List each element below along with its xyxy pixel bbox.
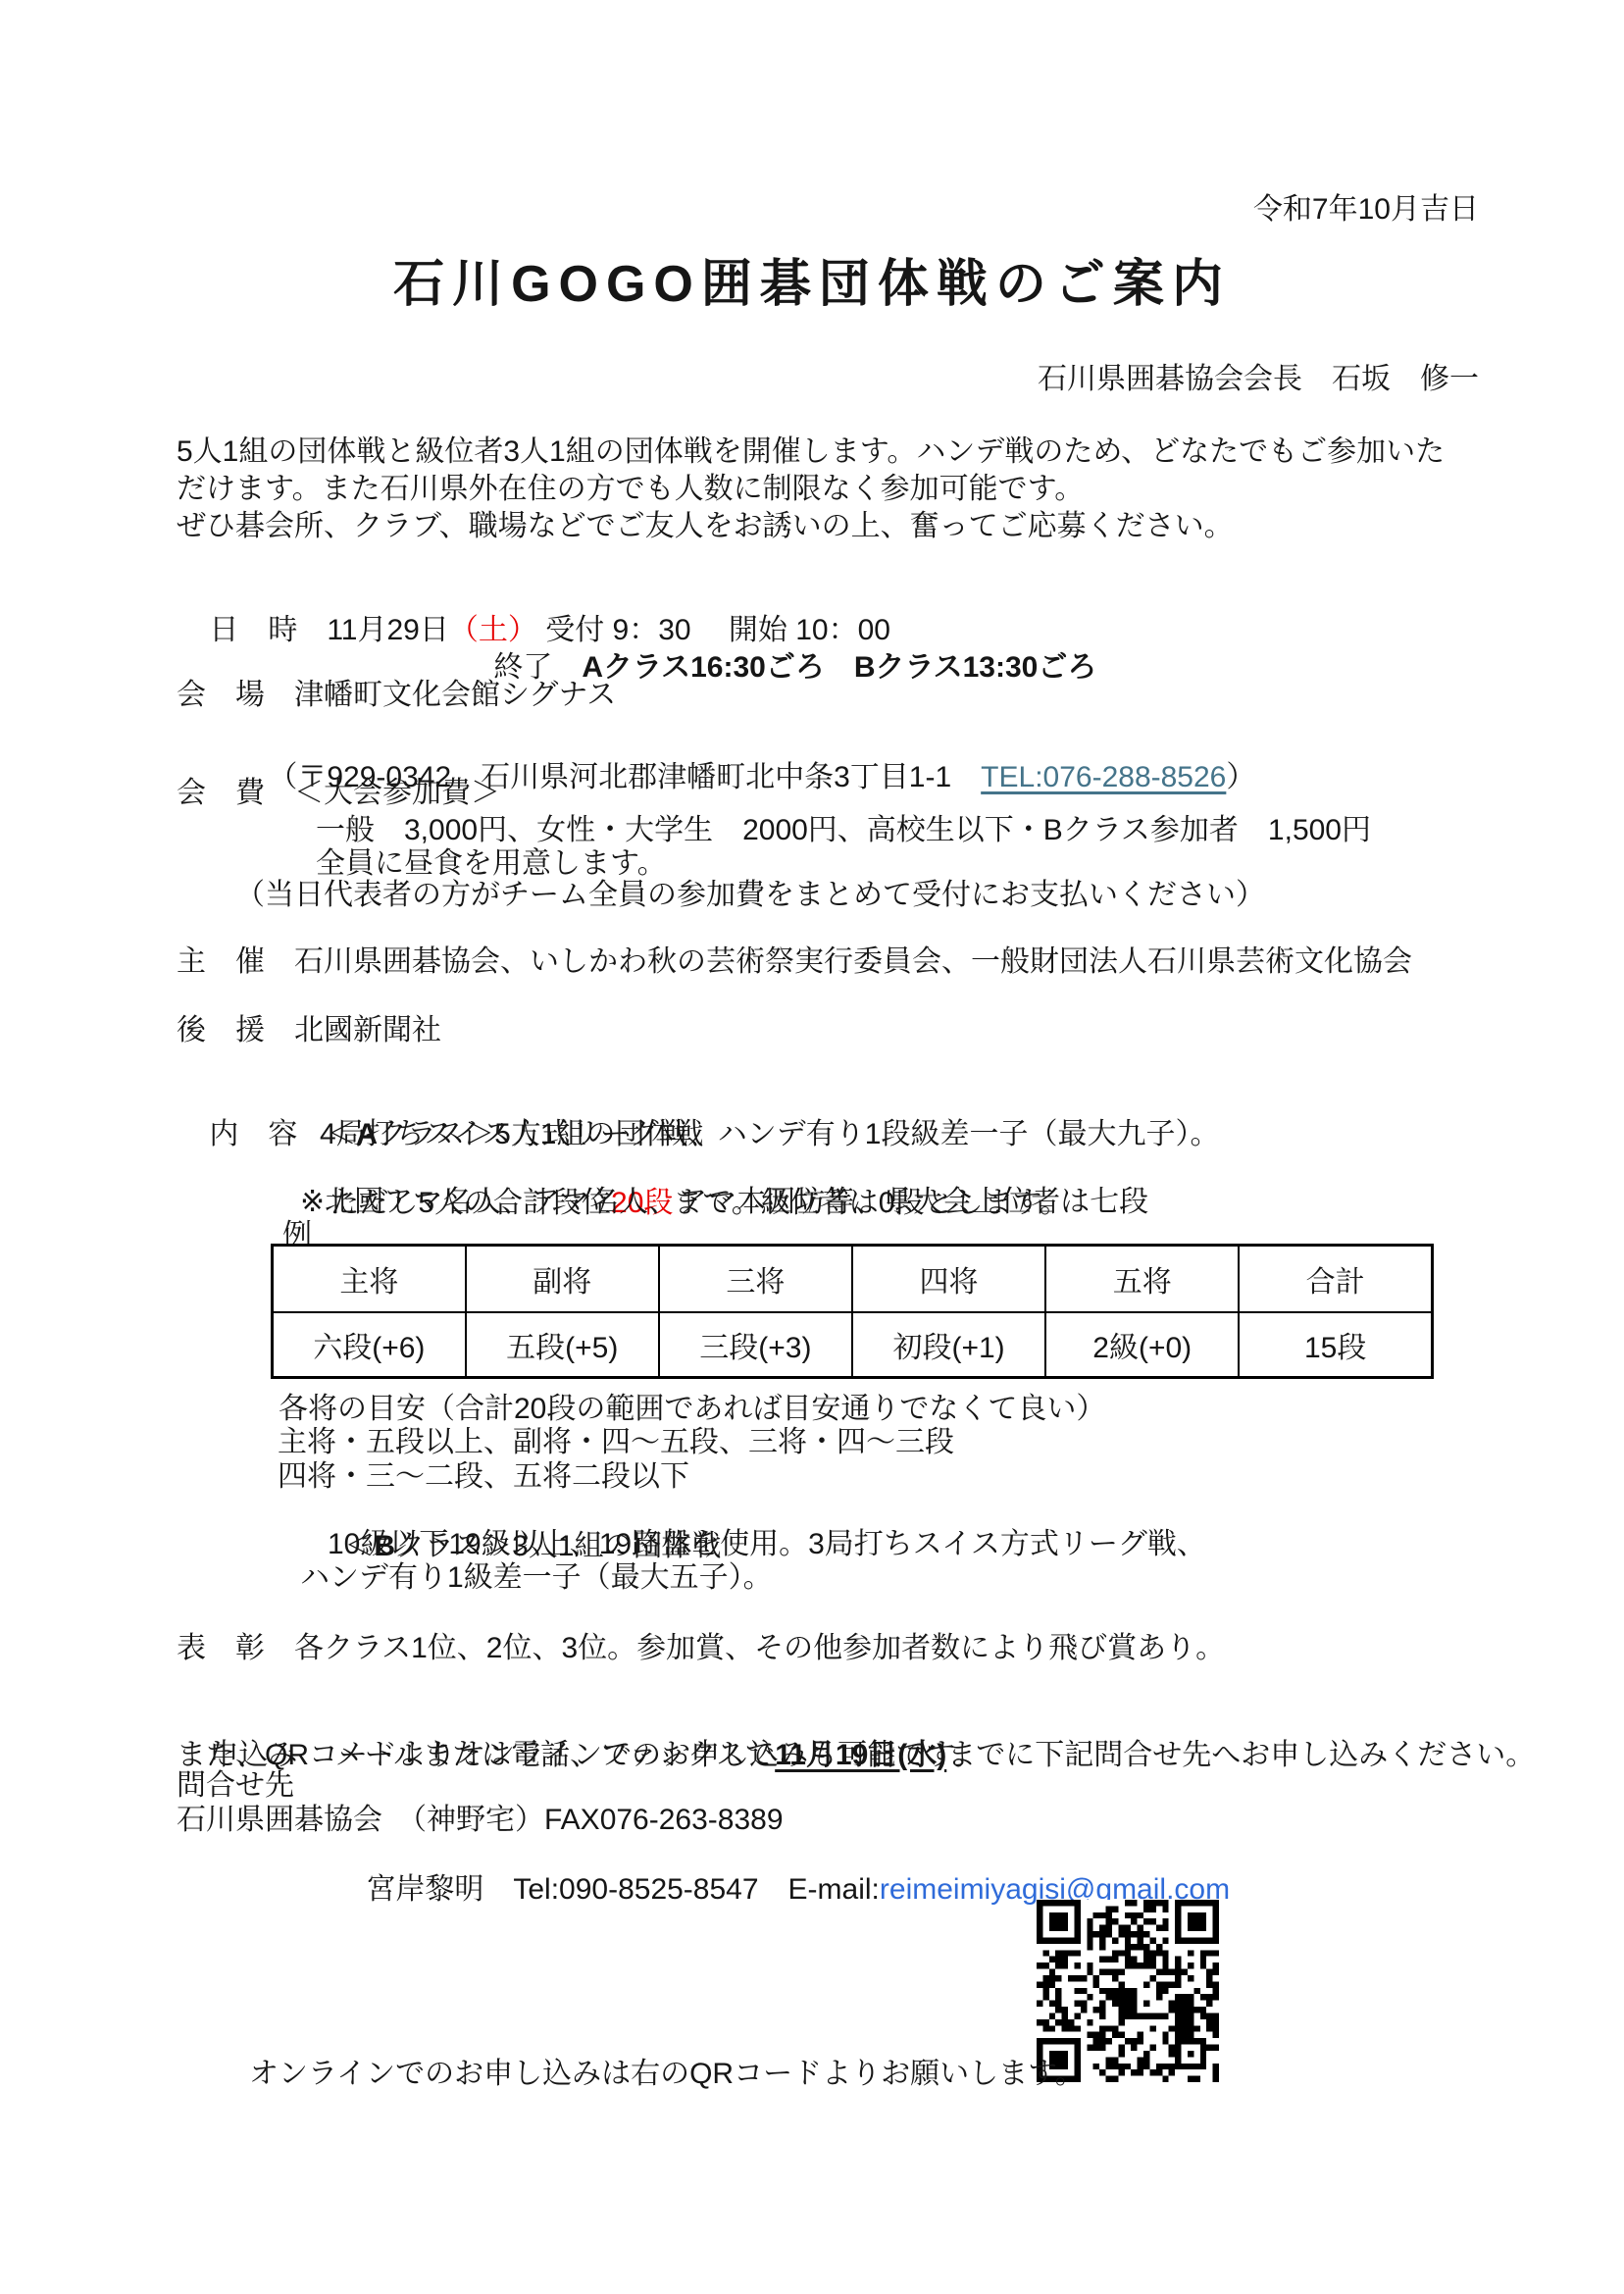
venue-line: 会 場 津幡町文化会館シグナス	[177, 678, 616, 713]
schedule-label-date: 日 時 11月29日	[209, 614, 449, 646]
classA-note-line: ※北國アマ名人、アマ名人、アマ本因坊等、県大会上位者は七段	[300, 1185, 1148, 1220]
table-header-row: 主将 副将 三将 四将 五将 合計	[273, 1246, 1433, 1313]
table-cell: 初段(+1)	[852, 1312, 1045, 1378]
table-data-row: 六段(+6) 五段(+5) 三段(+3) 初段(+1) 2級(+0) 15段	[273, 1312, 1433, 1378]
intro-paragraph: 5人1組の団体戦と級位者3人1組の団体戦を開催します。ハンデ戦のため、どなたでも…	[177, 433, 1445, 545]
table-cell: 五段(+5)	[466, 1312, 659, 1378]
rank-example-table: 主将 副将 三将 四将 五将 合計 六段(+6) 五段(+5) 三段(+3) 初…	[271, 1244, 1434, 1379]
document-page: 令和7年10月吉日 石川GOGO囲碁団体戦のご案内 石川県囲碁協会会長 石坂 修…	[0, 0, 1624, 2294]
classB-handicap-line: ハンデ有り1級差一子（最大五子）。	[300, 1560, 773, 1596]
contact-fax-line: 石川県囲碁協会 （神野宅）FAX076-263-8389	[177, 1803, 784, 1838]
page-title: 石川GOGO囲碁団体戦のご案内	[0, 267, 1624, 302]
table-header-cell: 副将	[466, 1246, 659, 1313]
classA-rule-line: 4局打ちスイス方式リーグ戦、ハンデ有り1段級差一子（最大九子）。	[320, 1117, 1219, 1152]
issue-date: 令和7年10月吉日	[1253, 192, 1479, 228]
tel-link[interactable]: TEL:076-288-8526	[981, 761, 1226, 793]
end-times-bold: Aクラス16:30ごろ Bクラス13:30ごろ	[582, 651, 1096, 684]
table-cell: 15段	[1239, 1312, 1432, 1378]
fee-line-4: （当日代表者の方がチーム全員の参加費をまとめて受付にお支払いください）	[235, 878, 1265, 913]
table-cell: 六段(+6)	[273, 1312, 466, 1378]
author-line: 石川県囲碁協会会長 石坂 修一	[1038, 362, 1479, 397]
classB-rule-line: 10級以下19級以上、19路盤を使用。3局打ちスイス方式リーグ戦、	[328, 1527, 1206, 1562]
organizer-line: 主 催 石川県囲碁協会、いしかわ秋の芸術祭実行委員会、一般財団法人石川県芸術文化…	[177, 944, 1412, 980]
support-line: 後 援 北國新聞社	[177, 1013, 441, 1048]
table-cell: 2級(+0)	[1045, 1312, 1239, 1378]
fee-line-2: 一般 3,000円、女性・大学生 2000円、高校生以下・Bクラス参加者 1,5…	[316, 813, 1371, 848]
qr-note: オンラインでのお申し込みは右のQRコードよりお願いします。	[249, 2057, 1085, 2092]
table-header-cell: 四将	[852, 1246, 1045, 1313]
table-header-cell: 合計	[1239, 1246, 1432, 1313]
address-close-paren: ）	[1226, 761, 1255, 793]
guide-line-3: 四将・三～二段、五将二段以下	[278, 1459, 689, 1495]
table-header-cell: 主将	[273, 1246, 466, 1313]
contact-tel-text: 宮岸黎明 Tel:090-8525-8547 E-mail:	[366, 1873, 880, 1906]
table-header-cell: 五将	[1045, 1246, 1239, 1313]
qr-code	[1037, 1900, 1219, 2082]
guide-line-1: 各将の目安（合計20段の範囲であれば目安通りでなくて良い）	[279, 1392, 1105, 1427]
table-header-cell: 三将	[659, 1246, 852, 1313]
guide-line-2: 主将・五段以上、副将・四～五段、三将・四～三段	[278, 1425, 954, 1460]
table-cell: 三段(+3)	[659, 1312, 852, 1378]
application-post: までに下記問合せ先へお申し込みください。	[946, 1739, 1535, 1771]
fee-line-1: 会 費 ＜大会参加費＞	[177, 776, 500, 811]
fee-line-3: 全員に昼食を用意します。	[316, 846, 667, 882]
award-line: 表 彰 各クラス1位、2位、3位。参加賞、その他参加者数により飛び賞あり。	[177, 1631, 1225, 1666]
contact-heading: 問合せ先	[177, 1768, 294, 1804]
application-line-2: また、QRコードよりオンラインでのお申し込みも可能です。	[177, 1738, 983, 1773]
